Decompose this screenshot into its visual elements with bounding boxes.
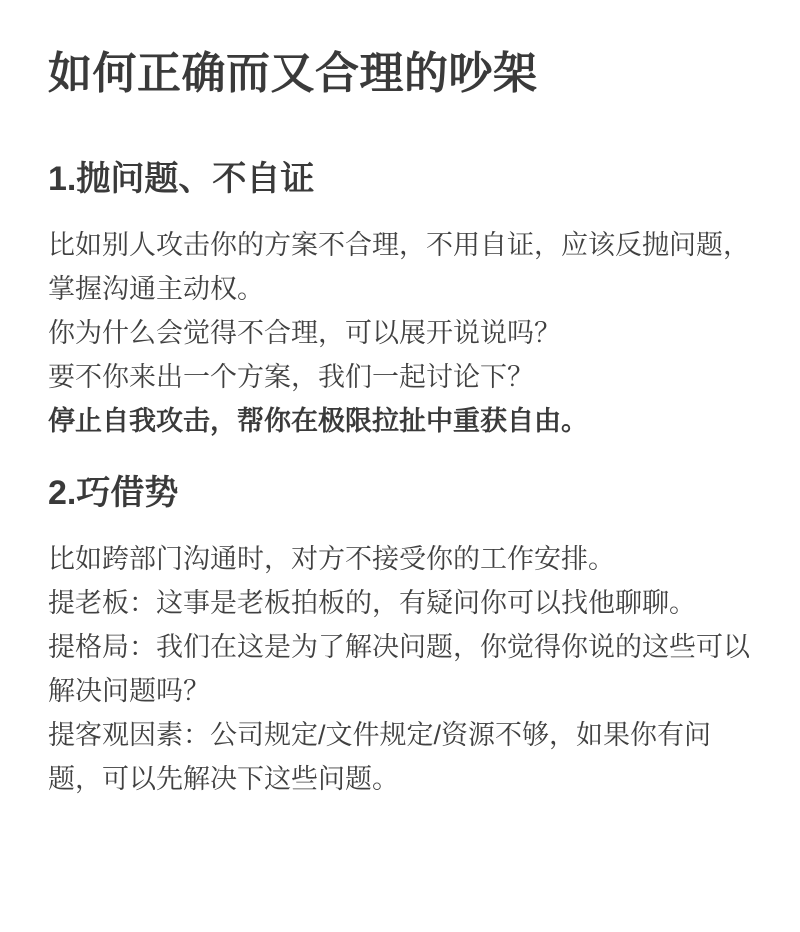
section-throw-questions: 1.抛问题、不自证 比如别人攻击你的方案不合理，不用自证，应该反抛问题，掌握沟通…: [48, 157, 750, 443]
section-2-heading: 2.巧借势: [48, 471, 750, 515]
section-1-paragraph-3: 要不你来出一个方案，我们一起讨论下？: [48, 355, 750, 399]
section-leverage: 2.巧借势 比如跨部门沟通时，对方不接受你的工作安排。 提老板：这事是老板拍板的…: [48, 471, 750, 801]
text-card: 如何正确而又合理的吵架 1.抛问题、不自证 比如别人攻击你的方案不合理，不用自证…: [0, 0, 800, 932]
section-2-paragraph-3: 提格局：我们在这是为了解决问题，你觉得你说的这些可以解决问题吗？: [48, 625, 750, 713]
section-2-paragraph-1: 比如跨部门沟通时，对方不接受你的工作安排。: [48, 537, 750, 581]
section-1-paragraph-2: 你为什么会觉得不合理，可以展开说说吗？: [48, 311, 750, 355]
section-2-paragraph-4: 提客观因素：公司规定/文件规定/资源不够，如果你有问题，可以先解决下这些问题。: [48, 713, 750, 801]
section-1-paragraph-4-bold: 停止自我攻击，帮你在极限拉扯中重获自由。: [48, 399, 750, 443]
page-title: 如何正确而又合理的吵架: [48, 48, 750, 101]
section-1-paragraph-1: 比如别人攻击你的方案不合理，不用自证，应该反抛问题，掌握沟通主动权。: [48, 223, 750, 311]
section-2-paragraph-2: 提老板：这事是老板拍板的，有疑问你可以找他聊聊。: [48, 581, 750, 625]
section-1-heading: 1.抛问题、不自证: [48, 157, 750, 201]
